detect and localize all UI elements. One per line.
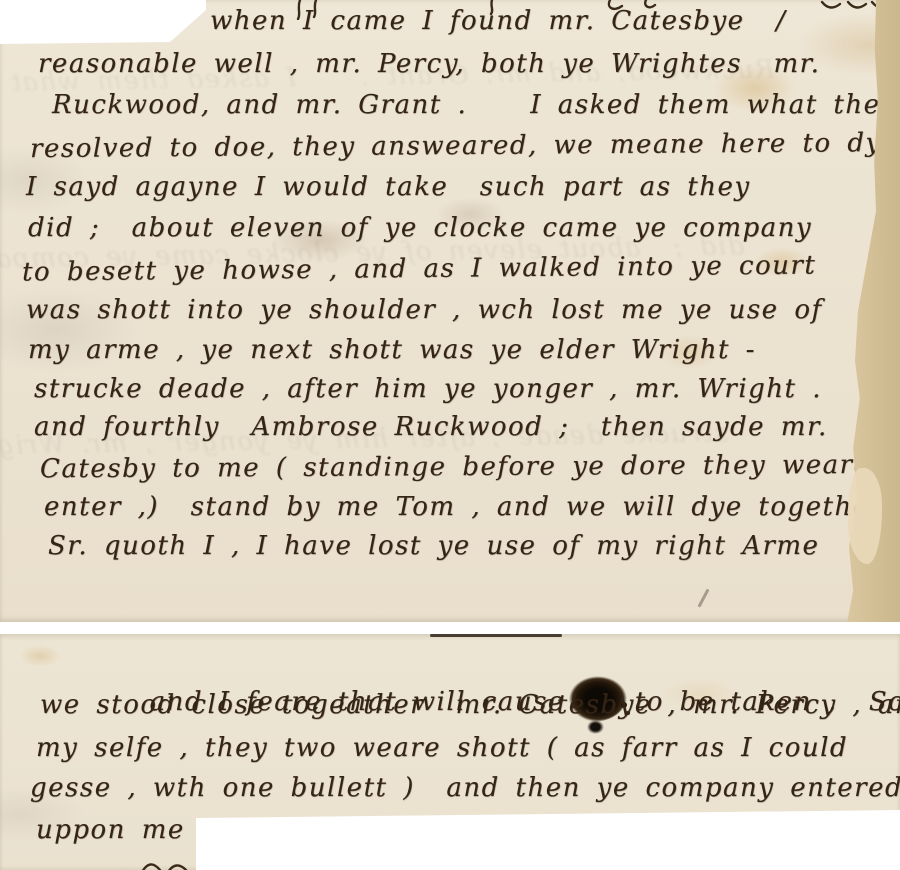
scan-edge-shadow	[430, 634, 562, 637]
manuscript-line: Ruckwood, and mr. Grant . I asked them w…	[52, 90, 897, 120]
manuscript-line: uppon me .	[36, 815, 210, 845]
manuscript-line: enter ,) stand by me Tom , and we will d…	[44, 492, 900, 522]
scan-crop-bottom-right	[196, 810, 900, 870]
manuscript-line: I sayd agayne I would take such part as …	[26, 172, 751, 202]
manuscript-line: we stood close togeather mr. Catesbye , …	[40, 690, 900, 720]
manuscript-line: and fourthly Ambrose Ruckwood ; then say…	[34, 412, 828, 442]
manuscript-line: did ; about eleven of ye clocke came ye …	[28, 213, 812, 243]
manuscript-line: was shott into ye shoulder , wch lost me…	[26, 295, 823, 325]
torn-paper-chip	[848, 468, 882, 564]
manuscript-scan-page: Ruckwood, and mr. Grant . I asked them w…	[0, 0, 900, 870]
manuscript-line: gesse , wth one bullett ) and then ye co…	[30, 773, 900, 803]
manuscript-fragment-bottom: and I feare that will causeto be taken ,…	[0, 634, 900, 870]
manuscript-line: resolved to doe, they answeared, we mean…	[30, 128, 900, 164]
manuscript-line: Sr. quoth I , I have lost ye use of my r…	[48, 531, 819, 561]
manuscript-line: my arme , ye next shott was ye elder Wri…	[28, 335, 756, 365]
manuscript-line: Catesby to me ( standinge before ye dore…	[40, 450, 900, 485]
manuscript-line: to besett ye howse , and as I walked int…	[22, 251, 817, 288]
manuscript-fragment-top: Ruckwood, and mr. Grant . I asked them w…	[0, 0, 900, 622]
manuscript-line: when I came I found mr. Catesbye /	[210, 6, 786, 36]
manuscript-line: reasonable well , mr. Percy, both ye Wri…	[38, 49, 820, 79]
manuscript-line: my selfe , they two weare shott ( as far…	[36, 733, 848, 763]
manuscript-line: strucke deade , after him ye yonger , mr…	[34, 374, 822, 404]
pencil-mark	[697, 589, 709, 608]
